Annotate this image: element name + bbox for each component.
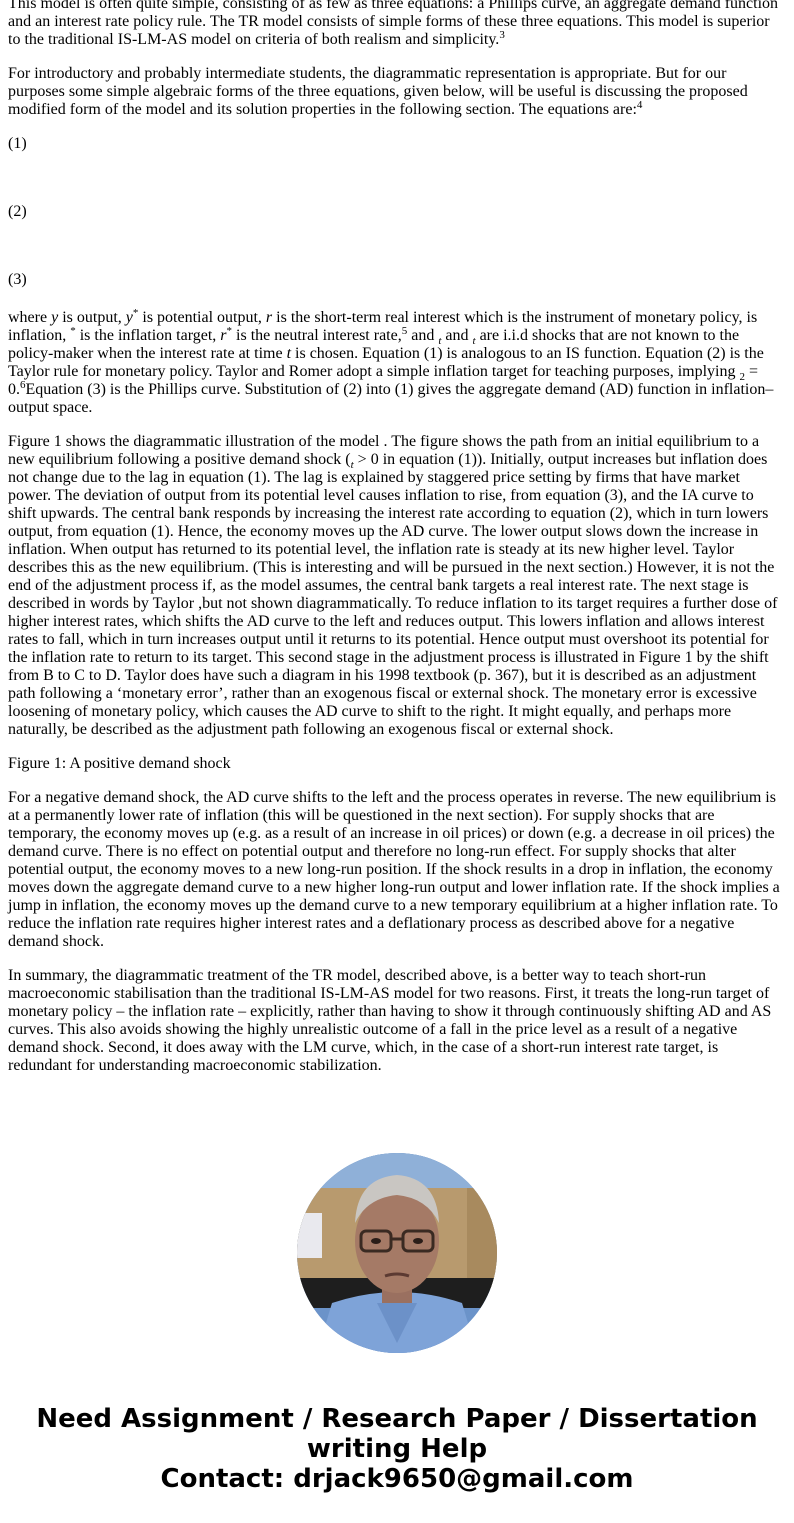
equation-2-label: (2) xyxy=(8,203,782,271)
var-y-star: y xyxy=(126,309,133,326)
promo-line-1: Need Assignment / Research Paper / Disse… xyxy=(0,1404,794,1434)
paragraph-summary: In summary, the diagrammatic treatment o… xyxy=(8,967,782,1075)
equation-1-label: (1) xyxy=(8,135,782,203)
promo-line-2: writing Help xyxy=(0,1434,794,1464)
text-run: where xyxy=(8,309,51,326)
figure-caption: Figure 1: A positive demand shock xyxy=(8,755,782,773)
paragraph-equations-intro: For introductory and probably intermedia… xyxy=(8,65,782,119)
promo-contact-email[interactable]: Contact: drjack9650@gmail.com xyxy=(0,1464,794,1494)
promo-banner: Need Assignment / Research Paper / Disse… xyxy=(0,1404,794,1494)
paragraph-figure-explanation: Figure 1 shows the diagrammatic illustra… xyxy=(8,433,782,739)
equations-block: (1) (2) (3) xyxy=(8,135,782,309)
text-run: and xyxy=(441,327,472,344)
text-run: Equation (3) is the Phillips curve. Subs… xyxy=(8,381,773,416)
text-run: is the neutral interest rate, xyxy=(232,327,402,344)
equation-3-label: (3) xyxy=(8,271,782,309)
text-run: is potential output, xyxy=(138,309,266,326)
article-body: This model is often quite simple, consis… xyxy=(8,0,782,1091)
author-photo-icon xyxy=(297,1153,497,1353)
paragraph-negative-shock: For a negative demand shock, the AD curv… xyxy=(8,789,782,951)
paragraph-model-intro: This model is often quite simple, consis… xyxy=(8,0,782,49)
paragraph-variable-definitions: where y is output, y* is potential outpu… xyxy=(8,309,782,417)
text-run: > 0 in equation (1)). Initially, output … xyxy=(8,451,777,738)
footnote-ref-3[interactable]: 3 xyxy=(499,29,505,41)
paragraph-text: This model is often quite simple, consis… xyxy=(8,0,778,48)
text-run: is output, xyxy=(58,309,126,326)
text-run: is the inflation target, xyxy=(76,327,221,344)
footnote-ref-4[interactable]: 4 xyxy=(637,99,643,111)
author-avatar xyxy=(297,1153,497,1353)
text-run: and xyxy=(407,327,438,344)
